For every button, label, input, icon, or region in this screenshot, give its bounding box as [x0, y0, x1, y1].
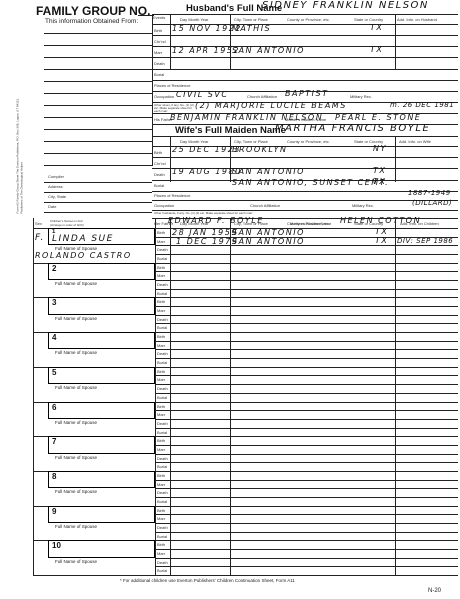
child-number: 9 — [52, 507, 56, 516]
child-birth-place[interactable]: SAN ANTONIO — [232, 228, 305, 237]
child-number: 10 — [52, 541, 61, 550]
child-number: 2 — [52, 264, 56, 273]
child-number: 7 — [52, 437, 56, 446]
page-mark: N-20 — [428, 588, 441, 594]
husband-marr-date[interactable]: 12 APR 1952 — [172, 46, 240, 55]
child-number: 3 — [52, 298, 56, 307]
wife-birth-date[interactable]: 25 DEC 1923 — [172, 145, 241, 154]
wife-military-years[interactable]: 1887-1949 — [408, 189, 451, 197]
form-title: FAMILY GROUP NO. — [36, 4, 150, 18]
spouse-label: Full Name of Spouse — [55, 385, 97, 390]
spouse-label: Full Name of Spouse — [55, 281, 97, 286]
husband-birth-place[interactable]: MATHIS — [232, 24, 271, 33]
child-number: 5 — [52, 368, 56, 377]
husband-mother[interactable]: PEARL E. STONE — [335, 113, 421, 122]
child-marr-place[interactable]: SAN ANTONIO — [232, 237, 305, 246]
child-add-info[interactable]: DIV: SEP 1986 — [397, 237, 453, 245]
sex-header: Sex — [35, 221, 42, 226]
child-marr-date[interactable]: 1 DEC 1979 — [176, 237, 238, 246]
col-city: City, Town or Place — [234, 17, 268, 22]
spouse-label: Full Name of Spouse — [55, 559, 97, 564]
footer-note: * For additional children use Everton Pu… — [120, 578, 295, 583]
col-state: State or Country — [354, 17, 383, 22]
children-names-header: Children's Names in Full (Arrange in ord… — [50, 219, 90, 227]
col-county: County or Province, etc. — [287, 17, 330, 22]
child-number: 4 — [52, 333, 56, 342]
col-add-info-husband: Add. Info. on Husband — [397, 17, 437, 22]
wife-birth-state[interactable]: NY — [373, 144, 387, 153]
wife-military-note[interactable]: (DILLARD) — [412, 199, 452, 207]
husband-marr-state[interactable]: TX — [370, 45, 383, 54]
col-date: Day Month Year — [180, 17, 208, 22]
wife-burial-state[interactable]: TX — [373, 177, 386, 186]
child-marr-state[interactable]: TX — [375, 236, 388, 245]
spouse-label: Full Name of Spouse — [55, 420, 97, 425]
wife-burial-place[interactable]: SAN ANTONIO, SUNSET CEMT. — [232, 178, 389, 187]
husband-other-wives-marr[interactable]: m. 26 DEC 1981 — [390, 101, 454, 109]
husband-birth-state[interactable]: TX — [370, 23, 383, 32]
spouse-label: Full Name of Spouse — [55, 350, 97, 355]
spouse-label: Full Name of Spouse — [55, 524, 97, 529]
col-add-info-wife: Add. Info. on Wife — [399, 139, 431, 144]
husband-occupation[interactable]: CIVIL SVC — [176, 90, 228, 99]
wife-birth-place[interactable]: BROOKLYN — [232, 145, 287, 154]
child-name[interactable]: LINDA SUE — [52, 234, 114, 244]
wife-death-place[interactable]: SAN ANTONIO — [232, 167, 305, 176]
wife-full-name[interactable]: MARTHA FRANCIS BOYLE — [275, 123, 430, 134]
child-spouse[interactable]: ROLANDO CASTRO — [35, 251, 132, 260]
husband-church[interactable]: BAPTIST — [285, 89, 329, 98]
spouse-label: Full Name of Spouse — [55, 316, 97, 321]
husband-other-wives[interactable]: (2) MARJORIE LUCILE BEAMS — [195, 101, 347, 110]
publisher-side-text: Form A2 Family Group Sheet The Everton P… — [17, 94, 24, 214]
child-number: 6 — [52, 403, 56, 412]
spouse-label: Full Name of Spouse — [55, 455, 97, 460]
obtained-from-label: This information Obtained From: — [45, 18, 138, 25]
spouse-label: Full Name of Spouse — [55, 489, 97, 494]
child-sex[interactable]: F. — [35, 233, 45, 243]
child-birth-state[interactable]: TX — [375, 227, 388, 236]
wife-death-state[interactable]: TX — [373, 166, 386, 175]
husband-marr-place[interactable]: SAN ANTONIO — [232, 46, 305, 55]
child-number: 8 — [52, 472, 56, 481]
wife-name-label: Wife's Full Maiden Name — [175, 125, 286, 136]
child-birth-date[interactable]: 28 JAN 1959 — [172, 228, 238, 237]
col-add-info-children: Add. Info. on Children — [400, 221, 439, 226]
husband-full-name[interactable]: SIDNEY FRANKLIN NELSON — [262, 0, 429, 11]
